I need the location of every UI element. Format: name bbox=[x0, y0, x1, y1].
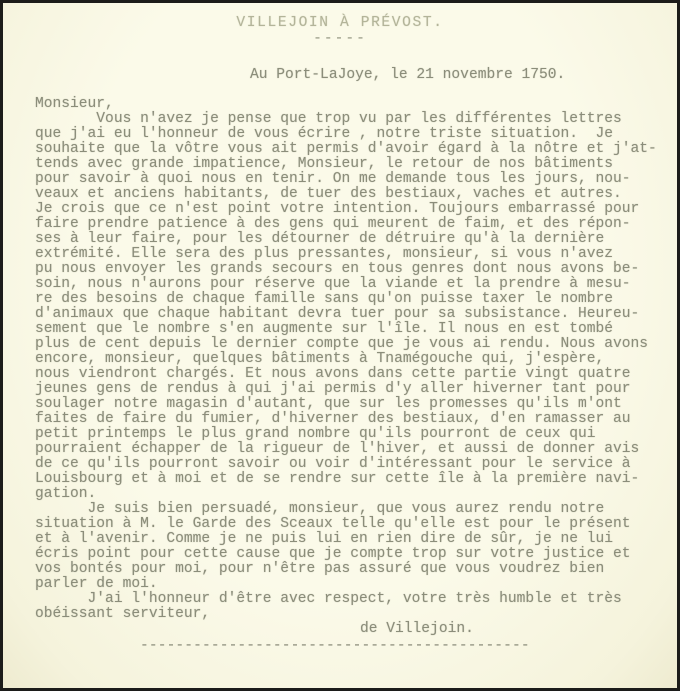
letter-dateline: Au Port-LaJoye, le 21 novembre 1750. bbox=[250, 68, 677, 83]
heading-underline-dashes: ----- bbox=[3, 33, 677, 45]
letter-signature: de Villejoin. bbox=[360, 622, 677, 637]
closing-divider-dashes: ----------------------------------------… bbox=[140, 639, 677, 654]
letter-body-text: Monsieur, Vous n'avez je pense que trop … bbox=[35, 97, 677, 622]
letter-heading: VILLEJOIN À PRÉVOST. bbox=[3, 16, 677, 31]
scanned-letter-page: VILLEJOIN À PRÉVOST. ----- Au Port-LaJoy… bbox=[0, 0, 680, 691]
